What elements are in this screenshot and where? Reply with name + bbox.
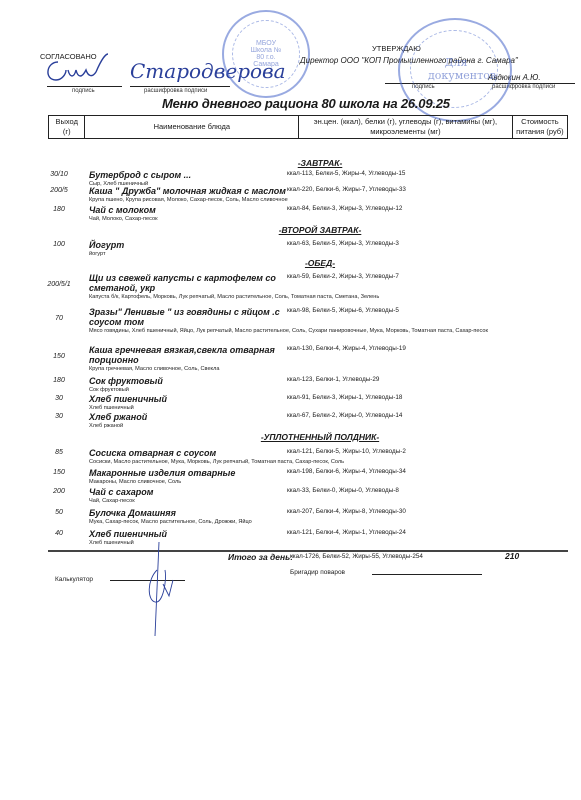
item-nutrition: ккал-123, Белки-1, Углеводы-29 bbox=[287, 376, 379, 383]
item-name: Булочка Домашняя bbox=[89, 508, 289, 518]
item-ingredients: Хлеб пшеничный bbox=[89, 405, 134, 412]
item-portion: 85 bbox=[40, 449, 78, 456]
item-name: Сосиска отварная с соусом bbox=[89, 448, 289, 458]
agreed-decode-caption: расшифровка подписи bbox=[144, 88, 207, 94]
item-portion: 200/5/1 bbox=[40, 281, 78, 288]
item-name: Каша " Дружба" молочная жидкая с маслом bbox=[89, 186, 289, 196]
agreed-sign-caption: подпись bbox=[72, 88, 95, 94]
agreed-sign-line bbox=[47, 86, 122, 87]
section-title: -ОБЕД- bbox=[260, 258, 380, 268]
col-portion-header: Выход (г) bbox=[49, 116, 85, 139]
item-portion: 180 bbox=[40, 206, 78, 213]
item-name: Йогурт bbox=[89, 240, 289, 250]
total-nutrition: ккал-1726, Белки-52, Жиры-55, Углеводы-2… bbox=[290, 553, 423, 560]
item-portion: 200 bbox=[40, 488, 78, 495]
item-portion: 70 bbox=[40, 315, 78, 322]
page-title: Меню дневного рациона 80 школа на 26.09.… bbox=[162, 96, 450, 111]
item-ingredients: Мясо говядины, Хлеб пшеничный, Яйцо, Лук… bbox=[89, 328, 509, 335]
item-portion: 150 bbox=[40, 469, 78, 476]
item-portion: 100 bbox=[40, 241, 78, 248]
item-nutrition: ккал-130, Белки-4, Жиры-4, Углеводы-19 bbox=[287, 345, 406, 352]
col-cost-header: Стоимость питания (руб) bbox=[512, 116, 567, 139]
total-cost: 210 bbox=[505, 551, 519, 561]
item-ingredients: Чай, Сахар-песок bbox=[89, 498, 135, 505]
item-ingredients: Капуста б/к, Картофель, Морковь, Лук реп… bbox=[89, 294, 379, 301]
item-ingredients: йогурт bbox=[89, 251, 106, 258]
item-ingredients: Хлеб ржаной bbox=[89, 423, 123, 430]
item-name: Чай с молоком bbox=[89, 205, 289, 215]
item-nutrition: ккал-121, Белки-4, Жиры-1, Углеводы-24 bbox=[287, 529, 406, 536]
item-portion: 200/5 bbox=[40, 187, 78, 194]
item-ingredients: Крупа пшено, Крупа рисовая, Молоко, Саха… bbox=[89, 197, 288, 204]
col-name-header: Наименование блюда bbox=[85, 116, 299, 139]
item-nutrition: ккал-63, Белки-5, Жиры-3, Углеводы-3 bbox=[287, 240, 399, 247]
item-nutrition: ккал-91, Белки-3, Жиры-1, Углеводы-18 bbox=[287, 394, 402, 401]
item-nutrition: ккал-59, Белки-2, Жиры-3, Углеводы-7 bbox=[287, 273, 399, 280]
item-portion: 40 bbox=[40, 530, 78, 537]
item-nutrition: ккал-121, Белки-5, Жиры-10, Углеводы-2 bbox=[287, 448, 406, 455]
item-nutrition: ккал-113, Белки-5, Жиры-4, Углеводы-15 bbox=[287, 170, 405, 177]
agreed-decode-line bbox=[130, 86, 230, 87]
chef-sign-line bbox=[372, 574, 482, 575]
total-label: Итого за день: bbox=[228, 552, 293, 562]
item-name: Щи из свежей капусты с картофелем со сме… bbox=[89, 273, 289, 293]
item-nutrition: ккал-220, Белки-6, Жиры-7, Углеводы-33 bbox=[287, 186, 406, 193]
item-portion: 150 bbox=[40, 353, 78, 360]
item-name: Зразы" Ленивые " из говядины с яйцом .с … bbox=[89, 307, 289, 327]
calculator-signature-icon bbox=[145, 540, 175, 640]
item-nutrition: ккал-98, Белки-5, Жиры-6, Углеводы-5 bbox=[287, 307, 399, 314]
chef-label: Бригадир поваров bbox=[290, 569, 345, 576]
item-name: Каша гречневая вязкая,свекла отварная по… bbox=[89, 345, 289, 365]
section-title: -ЗАВТРАК- bbox=[260, 158, 380, 168]
item-name: Сок фруктовый bbox=[89, 376, 289, 386]
item-portion: 30/10 bbox=[40, 171, 78, 178]
menu-table-header: Выход (г) Наименование блюда эн.цен. (кк… bbox=[48, 115, 568, 139]
item-ingredients: Хлеб пшеничный bbox=[89, 540, 134, 547]
item-name: Хлеб пшеничный bbox=[89, 529, 289, 539]
item-ingredients: Сок фруктовый bbox=[89, 387, 129, 394]
item-nutrition: ккал-84, Белки-3, Жиры-3, Углеводы-12 bbox=[287, 205, 402, 212]
item-name: Бутерброд с сыром ... bbox=[89, 170, 289, 180]
item-portion: 30 bbox=[40, 395, 78, 402]
section-title: -УПЛОТНЕННЫЙ ПОЛДНИК- bbox=[260, 432, 380, 442]
item-nutrition: ккал-67, Белки-2, Жиры-0, Углеводы-14 bbox=[287, 412, 402, 419]
item-ingredients: Чай, Молоко, Сахар-песок bbox=[89, 216, 158, 223]
section-title: -ВТОРОЙ ЗАВТРАК- bbox=[260, 225, 380, 235]
item-ingredients: Макароны, Масло сливочное, Соль bbox=[89, 479, 181, 486]
total-divider bbox=[48, 550, 568, 552]
item-nutrition: ккал-207, Белки-4, Жиры-8, Углеводы-30 bbox=[287, 508, 406, 515]
item-name: Чай с сахаром bbox=[89, 487, 289, 497]
item-name: Хлеб ржаной bbox=[89, 412, 289, 422]
item-portion: 30 bbox=[40, 413, 78, 420]
item-name: Хлеб пшеничный bbox=[89, 394, 289, 404]
item-nutrition: ккал-33, Белки-0, Жиры-0, Углеводы-8 bbox=[287, 487, 399, 494]
school-stamp: МБОУ Школа № 80 г.о. Самара bbox=[222, 10, 310, 98]
item-portion: 180 bbox=[40, 377, 78, 384]
item-nutrition: ккал-198, Белки-6, Жиры-4, Углеводы-34 bbox=[287, 468, 406, 475]
item-ingredients: Крупа гречневая, Масло сливочное, Соль, … bbox=[89, 366, 219, 373]
calculator-label: Калькулятор bbox=[55, 576, 93, 583]
item-name: Макаронные изделия отварные bbox=[89, 468, 289, 478]
col-nutrition-header: эн.цен. (ккал), белки (г), углеводы (г),… bbox=[299, 116, 513, 139]
item-portion: 50 bbox=[40, 509, 78, 516]
item-ingredients: Мука, Сахар-песок, Масло растительное, С… bbox=[89, 519, 252, 526]
agreed-signature-icon bbox=[40, 52, 110, 88]
item-ingredients: Сосиски, Масло растительное, Мука, Морко… bbox=[89, 459, 344, 466]
